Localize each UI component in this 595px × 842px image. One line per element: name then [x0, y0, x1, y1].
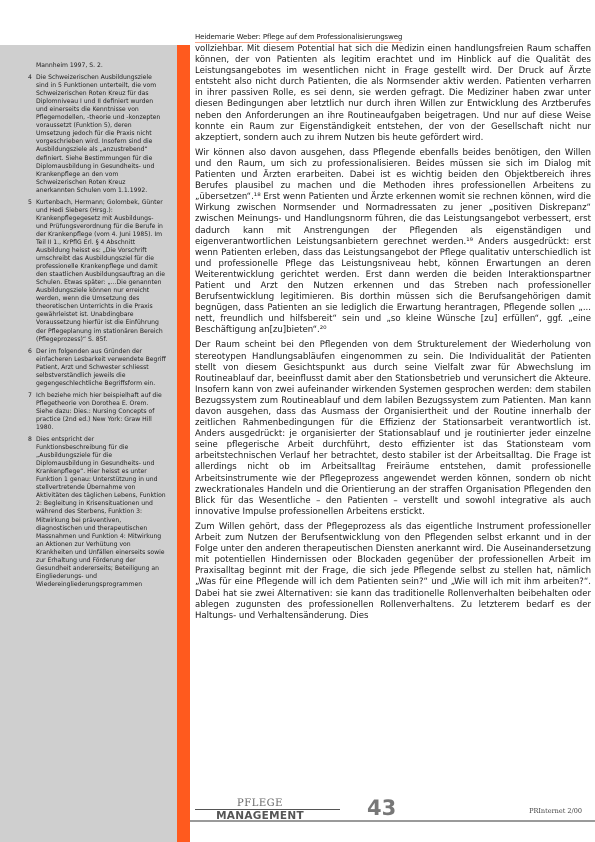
footnotes: Mannheim 1997, S. 2. 4Die Schweizerische… [28, 62, 166, 593]
logo-top-text: PFLEGE [195, 799, 325, 809]
journal-logo: PFLEGE MANAGEMENT [195, 799, 325, 822]
footnote: Mannheim 1997, S. 2. [28, 62, 166, 70]
running-head: Heidemarie Weber: Pflege auf dem Profess… [195, 33, 402, 43]
accent-bar [177, 45, 190, 842]
paragraph: Der Raum scheint bei den Pflegenden von … [195, 340, 591, 518]
paragraph: Wir können also davon ausgehen, dass Pfl… [195, 148, 591, 337]
footnote: 8Dies entspricht der Funktionsbeschreibu… [28, 436, 166, 589]
article-body: vollziehbar. Mit diesem Potential hat si… [195, 44, 591, 626]
issue-label: PRInternet 2/00 [529, 807, 582, 815]
page-number: 43 [367, 796, 396, 820]
footnote: 5Kurtenbach, Hermann; Golombek, Günter u… [28, 199, 166, 344]
footnote: 7Ich beziehe mich hier beispielhaft auf … [28, 392, 166, 432]
footnote: 6Der im folgenden aus Gründen der einfac… [28, 348, 166, 388]
paragraph: vollziehbar. Mit diesem Potential hat si… [195, 44, 591, 144]
footer-rule [190, 820, 595, 822]
paragraph: Zum Willen gehört, dass der Pflegeprozes… [195, 522, 591, 622]
footnote: 4Die Schweizerischen Ausbildungsziele si… [28, 74, 166, 195]
